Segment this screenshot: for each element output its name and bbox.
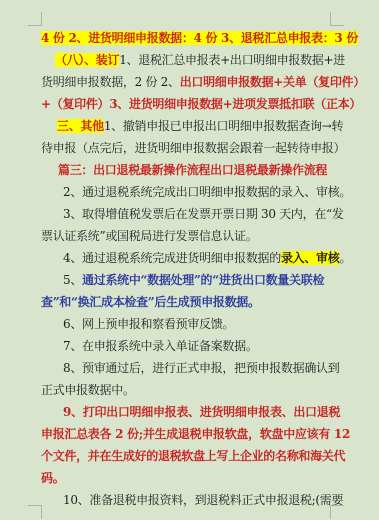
text-segment: 三、其他	[57, 119, 104, 133]
text-segment: 6、网上预申报和察看预审反馈。	[63, 317, 234, 331]
text-segment: （八）、装订	[55, 53, 119, 67]
text-line: 10、准备退税申报资料，到退税料正式申报退税;(需要	[41, 489, 335, 511]
text-segment: 9、打印出口明细申报表、进货明细申报表、出口退税	[63, 405, 340, 419]
text-line: +（复印件）3、进货明细申报数据+进项发票抵扣联（正本）	[41, 93, 335, 115]
text-line: 4、通过退税系统完成进货明细申报数据的录入、审核。	[41, 247, 335, 269]
text-line: 2、通过退税系统完成出口明细申报数据的录入、审核。	[41, 181, 335, 203]
text-segment: 篇三：出口退税最新操作流程出口退税最新操作流程	[58, 163, 327, 177]
text-segment: 通过系统中“数据处理”的“进货出口数量关联检	[82, 273, 324, 287]
text-line: 码。	[41, 467, 335, 489]
text-line: 6、网上预申报和察看预审反馈。	[41, 313, 335, 335]
text-line: 8、预审通过后，进行正式申报，把预申报数据确认到	[41, 357, 335, 379]
text-segment: 1、撤销申报已申报出口明细申报数据查询→转	[104, 119, 343, 133]
text-line: 5、通过系统中“数据处理”的“进货出口数量关联检	[41, 269, 335, 291]
text-line: 申报汇总表各 2 份;并生成退税申报软盘，软盘中应该有 12	[41, 423, 335, 445]
text-segment: 4 份 2、进货明细申报数据：4 份 3、退税汇总申报表：3 份	[41, 31, 358, 45]
text-line: 篇三：出口退税最新操作流程出口退税最新操作流程	[41, 159, 335, 181]
text-segment: 10、准备退税申报资料，到退税料正式申报退税;(需要	[63, 493, 343, 507]
text-segment: 码。	[41, 471, 64, 485]
text-segment: 5、	[63, 273, 82, 287]
text-segment: 。	[339, 251, 351, 265]
text-boundary-mark-bottom-left	[28, 505, 42, 519]
text-line: 正式申报数据中。	[41, 379, 335, 401]
text-segment: 1、退税汇总申报表+出口明细申报数据+进	[119, 53, 345, 67]
text-segment: 查”和“换汇成本检查”后生成预申报数据。	[41, 295, 260, 309]
text-line: 3、取得增值税发票后在发票开票日期 30 天内，在“发	[41, 203, 335, 225]
text-line: 票认证系统”或国税局进行发票信息认证。	[41, 225, 335, 247]
document-page: 4 份 2、进货明细申报数据：4 份 3、退税汇总申报表：3 份（八）、装订1、…	[0, 0, 379, 520]
text-segment: 待申报（点完后，进货明细申报数据会跟着一起转待申报）	[41, 141, 345, 155]
text-segment: 正式申报数据中。	[41, 383, 135, 397]
text-segment: 个文件，并在生成好的退税软盘上写上企业的名称和海关代	[41, 449, 345, 463]
text-segment: 7、在申报系统中录入单证备案数据。	[63, 339, 258, 353]
text-line: 4 份 2、进货明细申报数据：4 份 3、退税汇总申报表：3 份	[41, 27, 335, 49]
text-line: （八）、装订1、退税汇总申报表+出口明细申报数据+进	[41, 49, 335, 71]
text-segment: 申报汇总表各 2 份;并生成退税申报软盘，软盘中应该有 12	[41, 427, 350, 441]
text-line: 货明细申报数据，2 份 2、出口明细申报数据+关单（复印件）	[41, 71, 335, 93]
text-line: 7、在申报系统中录入单证备案数据。	[41, 335, 335, 357]
text-segment: 出口明细申报数据+关单（复印件）	[180, 75, 365, 89]
text-line: 查”和“换汇成本检查”后生成预申报数据。	[41, 291, 335, 313]
text-segment: 3、取得增值税发票后在发票开票日期 30 天内，在“发	[63, 207, 344, 221]
text-segment: 票认证系统”或国税局进行发票信息认证。	[41, 229, 257, 243]
document-body: 4 份 2、进货明细申报数据：4 份 3、退税汇总申报表：3 份（八）、装订1、…	[41, 27, 335, 511]
text-segment: 8、预审通过后，进行正式申报，把预申报数据确认到	[63, 361, 339, 375]
text-line: 待申报（点完后，进货明细申报数据会跟着一起转待申报）	[41, 137, 335, 159]
text-line: 9、打印出口明细申报表、进货明细申报表、出口退税	[41, 401, 335, 423]
text-segment: 录入、审核	[281, 251, 340, 265]
text-segment: +（复印件）3、进货明细申报数据+进项发票抵扣联（正本）	[41, 97, 361, 111]
text-line: 个文件，并在生成好的退税软盘上写上企业的名称和海关代	[41, 445, 335, 467]
text-boundary-mark-top-right	[330, 12, 344, 26]
text-segment: 4、通过退税系统完成进货明细申报数据的	[63, 251, 281, 265]
text-segment: 货明细申报数据，2 份 2、	[41, 75, 180, 89]
text-segment: 2、通过退税系统完成出口明细申报数据的录入、审核。	[63, 185, 351, 199]
text-line: 三、其他1、撤销申报已申报出口明细申报数据查询→转	[41, 115, 335, 137]
text-boundary-mark-top-left	[28, 12, 42, 26]
